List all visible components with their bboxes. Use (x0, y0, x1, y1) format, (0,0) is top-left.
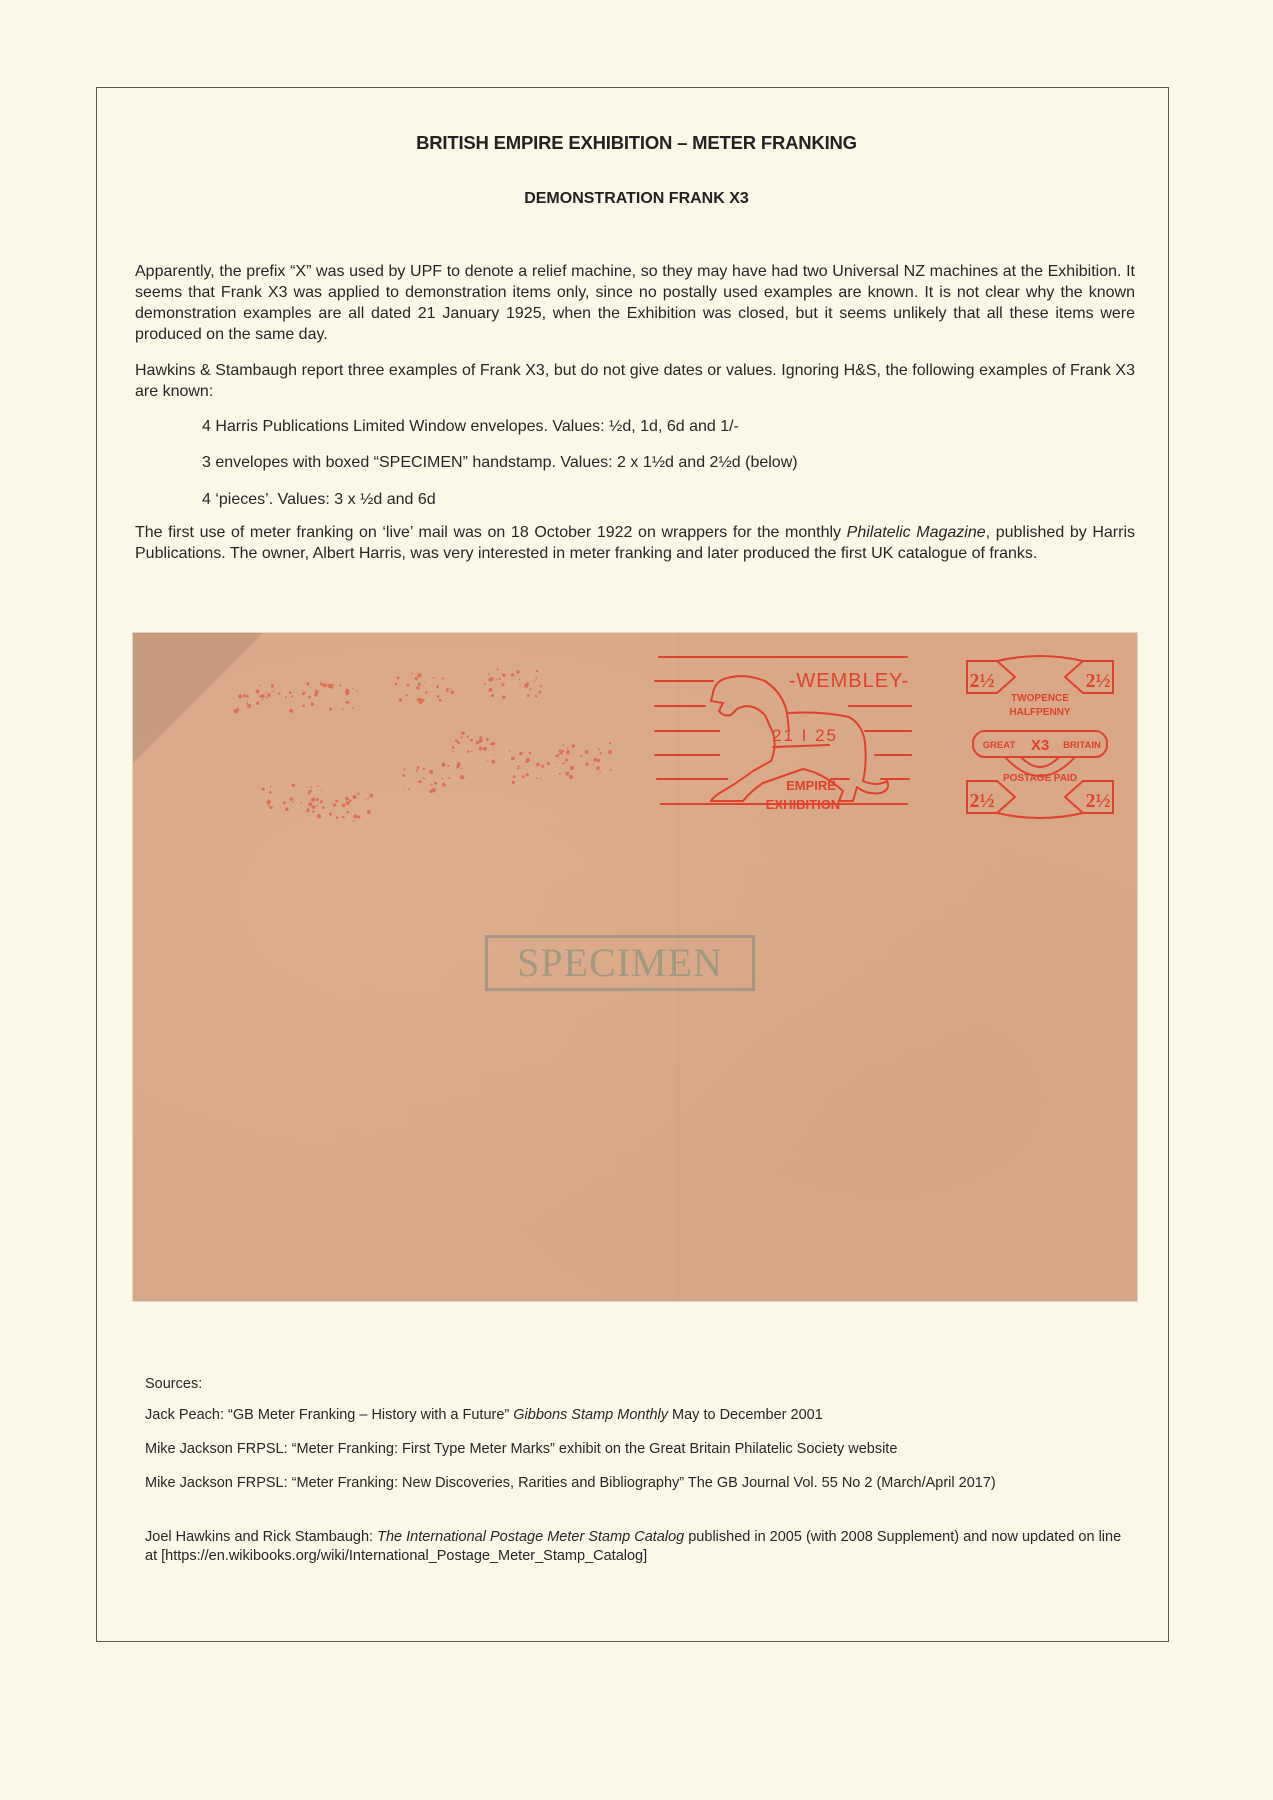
x3-value-die: 2½ 2½ 2½ 2½ TWOPENCE HALFPENNY GREAT X3 … (955, 653, 1125, 821)
slogan-line-1: EMPIRE (786, 778, 836, 793)
source-text: Mike Jackson FRPSL: “Meter Franking: Fir… (145, 1441, 897, 1457)
page-title: BRITISH EMPIRE EXHIBITION – METER FRANKI… (0, 132, 1273, 154)
frank-date: 21 I 25 (772, 726, 838, 745)
magazine-title: Philatelic Magazine (847, 524, 986, 541)
source-text: Joel Hawkins and Rick Stambaugh: (145, 1529, 377, 1545)
intro-paragraph-3: The first use of meter franking on ‘live… (135, 522, 1135, 564)
faint-offset-frank-marks (183, 658, 613, 838)
intro-paragraph-1: Apparently, the prefix “X” was used by U… (135, 261, 1135, 345)
source-item: Jack Peach: “GB Meter Franking – History… (145, 1406, 1125, 1425)
known-example-item: 3 envelopes with boxed “SPECIMEN” handst… (202, 454, 798, 472)
specimen-envelope: -WEMBLEY- 21 I 25 EMPIRE EXHIBITION 2½ 2… (133, 633, 1137, 1301)
paragraph-text: The first use of meter franking on ‘live… (135, 524, 847, 541)
value-corner-tl: 2½ (970, 670, 995, 692)
intro-paragraph-2: Hawkins & Stambaugh report three example… (135, 360, 1135, 402)
machine-number: X3 (1031, 737, 1049, 754)
country-right: BRITAIN (1063, 740, 1101, 751)
sources-heading: Sources: (145, 1376, 202, 1392)
source-text: Mike Jackson FRPSL: “Meter Franking: New… (145, 1475, 996, 1491)
value-corner-tr: 2½ (1086, 670, 1111, 692)
specimen-handstamp: SPECIMEN (485, 935, 755, 991)
slogan-town: -WEMBLEY- (789, 670, 910, 692)
page-subtitle: DEMONSTRATION FRANK X3 (0, 190, 1273, 208)
known-example-item: 4 ‘pieces’. Values: 3 x ½d and 6d (202, 491, 436, 509)
value-words-1: TWOPENCE (1011, 693, 1069, 704)
source-text: Jack Peach: “GB Meter Franking – History… (145, 1407, 513, 1423)
value-words-2: HALFPENNY (1009, 707, 1070, 718)
slogan-line-2: EXHIBITION (766, 797, 840, 812)
value-corner-bl: 2½ (970, 790, 995, 812)
source-item: Mike Jackson FRPSL: “Meter Franking: Fir… (145, 1440, 1125, 1459)
wembley-lion-slogan-die: -WEMBLEY- 21 I 25 EMPIRE EXHIBITION (653, 653, 915, 818)
source-item: Joel Hawkins and Rick Stambaugh: The Int… (145, 1528, 1125, 1566)
source-publication: Gibbons Stamp Monthly (513, 1407, 668, 1423)
postage-paid: POSTAGE PAID (1003, 773, 1077, 784)
known-example-item: 4 Harris Publications Limited Window env… (202, 418, 739, 436)
source-publication: The International Postage Meter Stamp Ca… (377, 1529, 684, 1545)
source-text: May to December 2001 (668, 1407, 823, 1423)
source-item: Mike Jackson FRPSL: “Meter Franking: New… (145, 1474, 1125, 1493)
value-corner-br: 2½ (1086, 790, 1111, 812)
specimen-text: SPECIMEN (517, 943, 723, 983)
country-left: GREAT (983, 740, 1016, 751)
